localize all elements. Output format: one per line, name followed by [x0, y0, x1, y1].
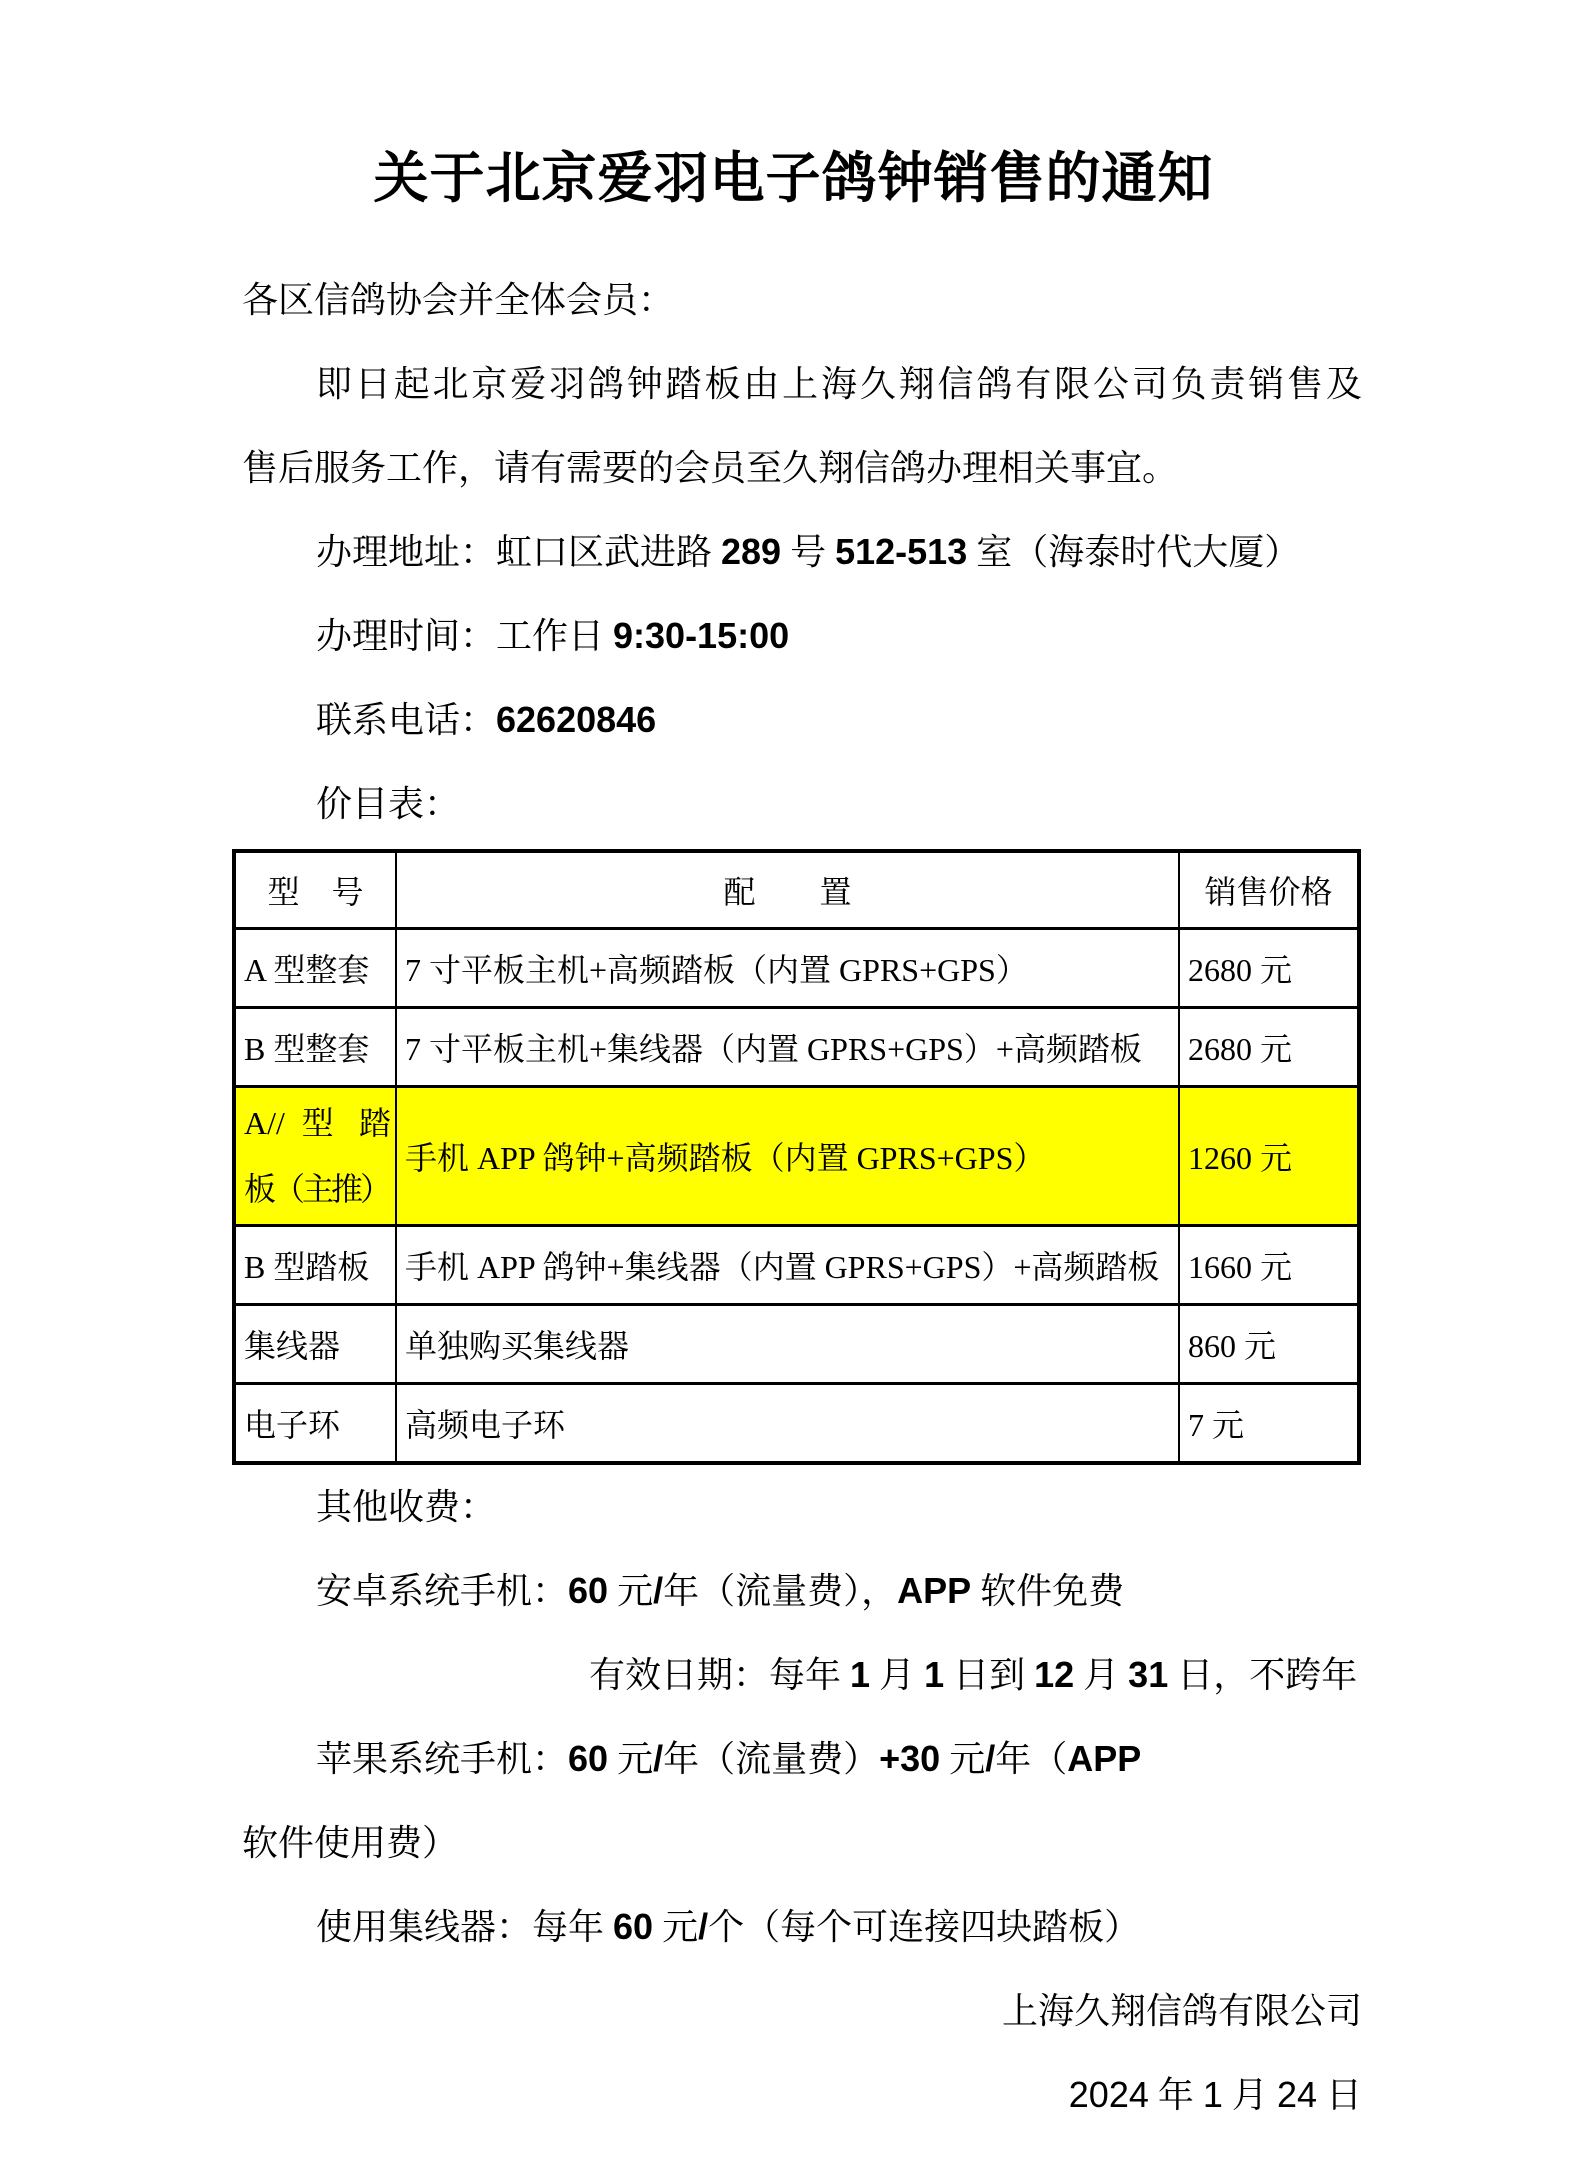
document-page: 关于北京爱羽电子鸽钟销售的通知 各区信鸽协会并全体会员： 即日起北京爱羽鸽钟踏板…: [0, 0, 1587, 2180]
config-cell: 7 寸平板主机+高频踏板（内置 GPRS+GPS）: [396, 929, 1179, 1008]
price-cell: 860 元: [1179, 1305, 1359, 1384]
phone-line: 联系电话：62620846: [242, 678, 1362, 762]
table-row: 集线器 单独购买集线器 860 元: [234, 1305, 1359, 1384]
table-row: B 型整套 7 寸平板主机+集线器（内置 GPRS+GPS）+高频踏板 2680…: [234, 1008, 1359, 1087]
model-cell: 电子环: [234, 1384, 396, 1464]
config-cell: 单独购买集线器: [396, 1305, 1179, 1384]
table-row: B 型踏板 手机 APP 鸽钟+集线器（内置 GPRS+GPS）+高频踏板 16…: [234, 1226, 1359, 1305]
price-cell: 2680 元: [1179, 1008, 1359, 1087]
model-cell: B 型踏板: [234, 1226, 396, 1305]
page-title: 关于北京爱羽电子鸽钟销售的通知: [0, 0, 1587, 216]
table-row-highlighted: A// 型 踏 板（主推） 手机 APP 鸽钟+高频踏板（内置 GPRS+GPS…: [234, 1087, 1359, 1226]
model-cell: A// 型 踏 板（主推）: [234, 1087, 396, 1226]
ios-fee-line: 苹果系统手机：60 元/年（流量费）+30 元/年（APP 软件使用费）: [242, 1717, 1362, 1885]
model-cell: B 型整套: [234, 1008, 396, 1087]
android-fee-line: 安卓系统手机：60 元/年（流量费），APP 软件免费: [242, 1549, 1362, 1633]
validity-line: 有效日期：每年 1 月 1 日到 12 月 31 日，不跨年: [242, 1633, 1362, 1717]
salutation: 各区信鸽协会并全体会员：: [242, 258, 1362, 342]
model-cell: A 型整套: [234, 929, 396, 1008]
price-cell: 2680 元: [1179, 929, 1359, 1008]
hub-fee-line: 使用集线器：每年 60 元/个（每个可连接四块踏板）: [242, 1885, 1362, 1969]
price-cell: 1660 元: [1179, 1226, 1359, 1305]
price-table: 型 号 配 置 销售价格 A 型整套 7 寸平板主机+高频踏板（内置 GPRS+…: [232, 849, 1361, 1465]
config-cell: 7 寸平板主机+集线器（内置 GPRS+GPS）+高频踏板: [396, 1008, 1179, 1087]
config-cell: 手机 APP 鸽钟+集线器（内置 GPRS+GPS）+高频踏板: [396, 1226, 1179, 1305]
other-fees-heading: 其他收费：: [242, 1465, 1362, 1549]
price-list-label: 价目表：: [242, 762, 1362, 846]
header-model: 型 号: [234, 851, 396, 929]
intro-paragraph-line-2: 售后服务工作，请有需要的会员至久翔信鸽办理相关事宜。: [242, 426, 1362, 510]
config-cell: 手机 APP 鸽钟+高频踏板（内置 GPRS+GPS）: [396, 1087, 1179, 1226]
model-line-1: A// 型 踏: [244, 1090, 391, 1156]
header-price: 销售价格: [1179, 851, 1359, 929]
table-row: 电子环 高频电子环 7 元: [234, 1384, 1359, 1464]
config-cell: 高频电子环: [396, 1384, 1179, 1464]
document-body: 各区信鸽协会并全体会员： 即日起北京爱羽鸽钟踏板由上海久翔信鸽有限公司负责销售及…: [0, 216, 1587, 2137]
signature-company: 上海久翔信鸽有限公司: [242, 1969, 1362, 2053]
table-row: A 型整套 7 寸平板主机+高频踏板（内置 GPRS+GPS） 2680 元: [234, 929, 1359, 1008]
price-cell: 7 元: [1179, 1384, 1359, 1464]
intro-paragraph-line-1: 即日起北京爱羽鸽钟踏板由上海久翔信鸽有限公司负责销售及: [242, 342, 1362, 426]
model-line-2: 板（主推）: [244, 1156, 391, 1222]
table-header-row: 型 号 配 置 销售价格: [234, 851, 1359, 929]
model-cell: 集线器: [234, 1305, 396, 1384]
price-cell: 1260 元: [1179, 1087, 1359, 1226]
office-hours-line: 办理时间：工作日 9:30-15:00: [242, 594, 1362, 678]
signature-date: 2024 年 1 月 24 日: [242, 2053, 1362, 2137]
header-config: 配 置: [396, 851, 1179, 929]
address-line: 办理地址：虹口区武进路 289 号 512-513 室（海泰时代大厦）: [242, 510, 1362, 594]
